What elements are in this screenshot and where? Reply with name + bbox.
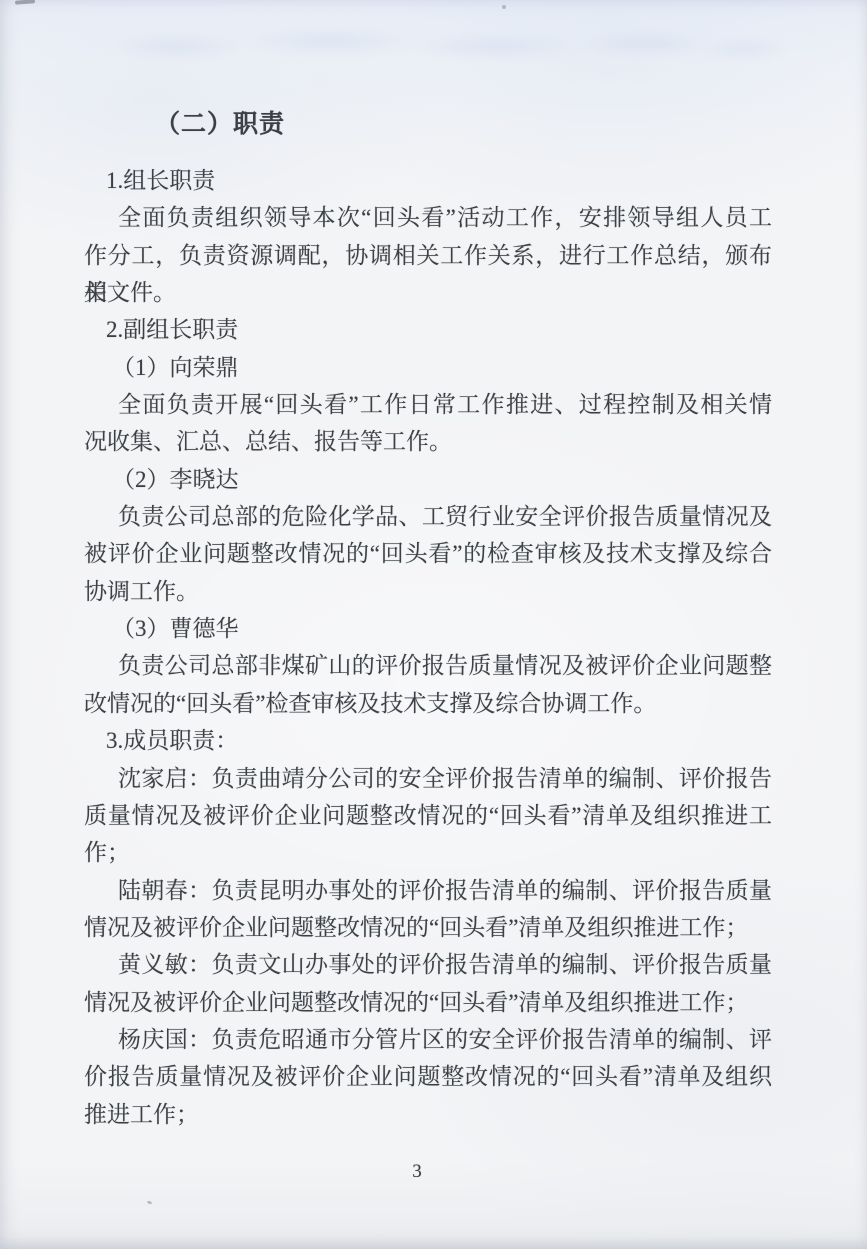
text-line: 被评价企业问题整改情况的“回头看”的检查审核及技术支撑及综合 [84, 535, 772, 572]
text-line: 负责公司总部非煤矿山的评价报告质量情况及被评价企业问题整 [84, 647, 772, 684]
text-line: （3）曹德华 [84, 610, 772, 647]
document-page: （二）职责 1.组长职责全面负责组织领导本次“回头看”活动工作，安排领导组人员工… [0, 0, 867, 1249]
scan-speck [15, 0, 35, 5]
text-line: 全面负责组织领导本次“回头看”活动工作，安排领导组人员工 [84, 199, 772, 236]
text-line: 作分工，负责资源调配，协调相关工作关系，进行工作总结，颁布相 [84, 237, 772, 274]
text-line: 价报告质量情况及被评价企业问题整改情况的“回头看”清单及组织 [84, 1058, 772, 1095]
scan-speck [502, 5, 506, 9]
text-line: （1）向荣鼎 [84, 349, 772, 386]
text-line: 情况及被评价企业问题整改情况的“回头看”清单及组织推进工作； [84, 909, 772, 946]
text-line: 3.成员职责： [84, 722, 772, 759]
text-line: 况收集、汇总、总结、报告等工作。 [84, 423, 772, 460]
page-number: 3 [404, 1158, 430, 1186]
text-line: 质量情况及被评价企业问题整改情况的“回头看”清单及组织推进工 [84, 797, 772, 834]
text-line: 推进工作； [84, 1096, 772, 1133]
section-heading: （二）职责 [155, 106, 285, 144]
text-line: 沈家启：负责曲靖分公司的安全评价报告清单的编制、评价报告 [84, 760, 772, 797]
text-line: 关文件。 [84, 274, 772, 311]
text-line: 全面负责开展“回头看”工作日常工作推进、过程控制及相关情 [84, 386, 772, 423]
text-line: 杨庆国：负责危昭通市分管片区的安全评价报告清单的编制、评 [84, 1021, 772, 1058]
text-line: 1.组长职责 [84, 162, 772, 199]
text-line: 黄义敏：负责文山办事处的评价报告清单的编制、评价报告质量 [84, 946, 772, 983]
text-line: 作； [84, 834, 772, 871]
text-line: 负责公司总部的危险化学品、工贸行业安全评价报告质量情况及 [84, 498, 772, 535]
text-line: 协调工作。 [84, 573, 772, 610]
scan-speck [147, 1200, 153, 1205]
text-line: （2）李晓达 [84, 461, 772, 498]
text-body: 1.组长职责全面负责组织领导本次“回头看”活动工作，安排领导组人员工作分工，负责… [84, 162, 772, 1133]
text-line: 情况及被评价企业问题整改情况的“回头看”清单及组织推进工作； [84, 984, 772, 1021]
text-line: 2.副组长职责 [84, 311, 772, 348]
text-line: 改情况的“回头看”检查审核及技术支撑及综合协调工作。 [84, 685, 772, 722]
ink-bleed-through [95, 20, 785, 68]
text-line: 陆朝春：负责昆明办事处的评价报告清单的编制、评价报告质量 [84, 872, 772, 909]
